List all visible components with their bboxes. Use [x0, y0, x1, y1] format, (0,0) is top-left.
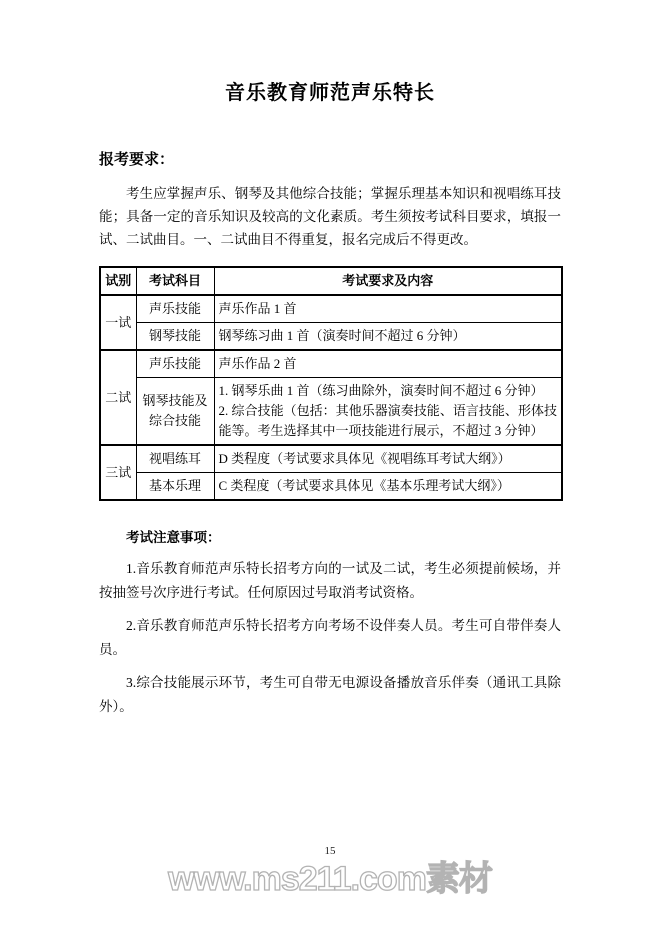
- table-row: 钢琴技能 钢琴练习曲 1 首（演奏时间不超过 6 分钟）: [100, 323, 562, 351]
- subject-cell: 钢琴技能: [136, 323, 214, 351]
- col-header-subject: 考试科目: [136, 267, 214, 295]
- table-row: 基本乐理 C 类程度（考试要求具体见《基本乐理考试大纲》）: [100, 473, 562, 501]
- requirements-body: 考生应掌握声乐、钢琴及其他综合技能；掌握乐理基本知识和视唱练耳技能；具备一定的音…: [99, 182, 561, 251]
- watermark: www.ms211.com素材: [0, 851, 660, 900]
- content-cell: C 类程度（考试要求具体见《基本乐理考试大纲》）: [214, 473, 562, 501]
- subject-cell: 钢琴技能及综合技能: [136, 378, 214, 446]
- notes-heading: 考试注意事项：: [126, 528, 561, 548]
- subject-cell: 视唱练耳: [136, 445, 214, 473]
- exam-requirements-table: 试别 考试科目 考试要求及内容 一试 声乐技能 声乐作品 1 首 钢琴技能 钢琴…: [99, 266, 563, 501]
- table-row: 二试 声乐技能 声乐作品 2 首: [100, 350, 562, 378]
- document-page: 音乐教育师范声乐特长 报考要求： 考生应掌握声乐、钢琴及其他综合技能；掌握乐理基…: [0, 0, 660, 933]
- table-row: 三试 视唱练耳 D 类程度（考试要求具体见《视唱练耳考试大纲》）: [100, 445, 562, 473]
- content-cell: D 类程度（考试要求具体见《视唱练耳考试大纲》）: [214, 445, 562, 473]
- session-cell-1: 一试: [100, 295, 136, 350]
- table-header-row: 试别 考试科目 考试要求及内容: [100, 267, 562, 295]
- subject-cell: 基本乐理: [136, 473, 214, 501]
- table-row: 钢琴技能及综合技能 1. 钢琴乐曲 1 首（练习曲除外，演奏时间不超过 6 分钟…: [100, 378, 562, 446]
- session-cell-3: 三试: [100, 445, 136, 500]
- session-cell-2: 二试: [100, 350, 136, 445]
- content-cell: 声乐作品 1 首: [214, 295, 562, 323]
- table-row: 一试 声乐技能 声乐作品 1 首: [100, 295, 562, 323]
- col-header-content: 考试要求及内容: [214, 267, 562, 295]
- note-item-1: 1.音乐教育师范声乐特长招考方向的一试及二试，考生必须提前候场，并按抽签号次序进…: [99, 557, 561, 605]
- subject-cell: 声乐技能: [136, 295, 214, 323]
- content-cell: 1. 钢琴乐曲 1 首（练习曲除外，演奏时间不超过 6 分钟） 2. 综合技能（…: [214, 378, 562, 446]
- content-cell: 钢琴练习曲 1 首（演奏时间不超过 6 分钟）: [214, 323, 562, 351]
- col-header-session: 试别: [100, 267, 136, 295]
- page-number: 15: [0, 845, 660, 857]
- requirements-heading: 报考要求：: [99, 150, 561, 170]
- note-item-2: 2.音乐教育师范声乐特长招考方向考场不设伴奏人员。考生可自带伴奏人员。: [99, 614, 561, 662]
- document-content: 音乐教育师范声乐特长 报考要求： 考生应掌握声乐、钢琴及其他综合技能；掌握乐理基…: [99, 0, 561, 719]
- page-title: 音乐教育师范声乐特长: [99, 80, 561, 106]
- note-item-3: 3.综合技能展示环节，考生可自带无电源设备播放音乐伴奏（通讯工具除外）。: [99, 671, 561, 719]
- subject-cell: 声乐技能: [136, 350, 214, 378]
- content-cell: 声乐作品 2 首: [214, 350, 562, 378]
